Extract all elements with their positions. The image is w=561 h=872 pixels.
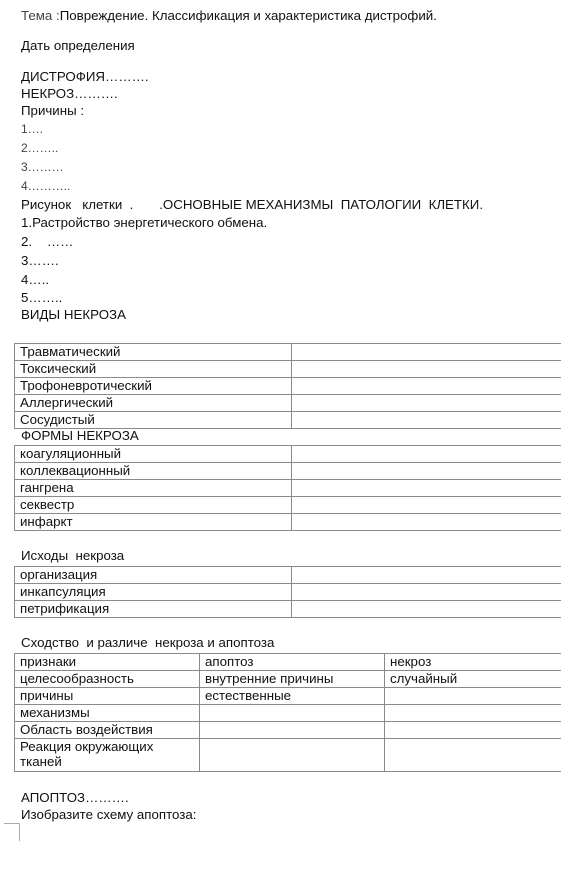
mechanism-item: 2. …… bbox=[21, 233, 73, 250]
table-cell: Область воздействия bbox=[15, 722, 200, 739]
table-row: Травматический bbox=[15, 344, 561, 361]
table-row: петрификация bbox=[15, 601, 561, 618]
mechanism-item: 5…….. bbox=[21, 289, 62, 306]
table-cell: секвестр bbox=[15, 497, 292, 514]
apoptosis-task: Изобразите схему апоптоза: bbox=[21, 806, 196, 823]
table-header-row: признаки апоптоз некроз bbox=[15, 654, 561, 671]
mechanisms-line: Рисунок клетки . .ОСНОВНЫЕ МЕХАНИЗМЫ ПАТ… bbox=[21, 196, 483, 213]
column-header: признаки bbox=[15, 654, 200, 671]
table-row: Трофоневротический bbox=[15, 378, 561, 395]
cause-item: 1…. bbox=[21, 121, 43, 138]
table-cell: Аллергический bbox=[15, 395, 292, 412]
answer-cell[interactable] bbox=[292, 446, 561, 463]
table-cell[interactable] bbox=[200, 722, 385, 739]
necrosis-outcomes-table: организация инкапсуляция петрификация bbox=[14, 566, 561, 618]
apoptosis-definition: АПОПТОЗ………. bbox=[21, 789, 129, 806]
table-cell: Травматический bbox=[15, 344, 292, 361]
table-cell[interactable] bbox=[385, 722, 561, 739]
table-row: коагуляционный bbox=[15, 446, 561, 463]
table-row: механизмы bbox=[15, 705, 561, 722]
table-cell[interactable] bbox=[200, 739, 385, 772]
table-row: инкапсуляция bbox=[15, 584, 561, 601]
mechanism-item: 1.Растройство энергетического обмена. bbox=[21, 214, 267, 231]
table-cell: причины bbox=[15, 688, 200, 705]
table-cell: Токсический bbox=[15, 361, 292, 378]
topic-label: Тема : bbox=[21, 8, 60, 23]
comparison-table: признаки апоптоз некроз целесообразность… bbox=[14, 653, 561, 772]
cause-item: 4……….. bbox=[21, 178, 70, 195]
table-row: секвестр bbox=[15, 497, 561, 514]
necrosis-definition: НЕКРОЗ………. bbox=[21, 85, 118, 102]
definitions-heading: Дать определения bbox=[21, 37, 135, 54]
table-row: причины естественные bbox=[15, 688, 561, 705]
answer-cell[interactable] bbox=[292, 497, 561, 514]
table-row: коллеквационный bbox=[15, 463, 561, 480]
answer-cell[interactable] bbox=[291, 584, 561, 601]
topic-title: Повреждение. Классификация и характерист… bbox=[60, 8, 437, 23]
table-row: инфаркт bbox=[15, 514, 561, 531]
text-boundary-mark bbox=[4, 823, 20, 841]
necrosis-types-heading: ВИДЫ НЕКРОЗА bbox=[21, 306, 126, 323]
table-cell[interactable] bbox=[385, 705, 561, 722]
cause-item: 2…….. bbox=[21, 140, 58, 157]
answer-cell[interactable] bbox=[292, 361, 561, 378]
table-row: Сосудистый bbox=[15, 412, 561, 429]
answer-cell[interactable] bbox=[292, 395, 561, 412]
table-cell[interactable] bbox=[385, 739, 561, 772]
causes-label: Причины : bbox=[21, 102, 84, 119]
mechanism-item: 3……. bbox=[21, 252, 59, 269]
necrosis-types-table: Травматический Токсический Трофоневротич… bbox=[14, 343, 561, 429]
table-row: Область воздействия bbox=[15, 722, 561, 739]
dystrophy-definition: ДИСТРОФИЯ………. bbox=[21, 68, 149, 85]
table-cell: гангрена bbox=[15, 480, 292, 497]
table-cell: коагуляционный bbox=[15, 446, 292, 463]
comparison-heading: Сходство и различе некроза и апоптоза bbox=[21, 634, 274, 651]
answer-cell[interactable] bbox=[292, 344, 561, 361]
table-row: организация bbox=[15, 567, 561, 584]
necrosis-forms-heading: ФОРМЫ НЕКРОЗА bbox=[21, 427, 139, 444]
table-cell: Сосудистый bbox=[15, 412, 292, 429]
table-row: Реакция окружающих тканей bbox=[15, 739, 561, 772]
table-cell: целесообразность bbox=[15, 671, 200, 688]
topic-line: Тема :Повреждение. Классификация и харак… bbox=[21, 7, 437, 24]
table-row: целесообразность внутренние причины случ… bbox=[15, 671, 561, 688]
answer-cell[interactable] bbox=[292, 463, 561, 480]
table-cell: петрификация bbox=[15, 601, 292, 618]
table-cell: механизмы bbox=[15, 705, 200, 722]
cause-item: 3……… bbox=[21, 159, 64, 176]
column-header: некроз bbox=[385, 654, 561, 671]
mechanism-item: 4….. bbox=[21, 271, 49, 288]
table-row: Аллергический bbox=[15, 395, 561, 412]
answer-cell[interactable] bbox=[292, 480, 561, 497]
table-cell: организация bbox=[15, 567, 292, 584]
table-row: гангрена bbox=[15, 480, 561, 497]
table-cell[interactable]: внутренние причины bbox=[200, 671, 385, 688]
answer-cell[interactable] bbox=[292, 514, 561, 531]
answer-cell[interactable] bbox=[292, 412, 561, 429]
table-cell: Реакция окружающих тканей bbox=[15, 739, 200, 772]
table-cell[interactable] bbox=[385, 688, 561, 705]
necrosis-outcomes-heading: Исходы некроза bbox=[21, 547, 124, 564]
table-cell: коллеквационный bbox=[15, 463, 292, 480]
table-cell: инфаркт bbox=[15, 514, 292, 531]
table-cell: Трофоневротический bbox=[15, 378, 292, 395]
table-cell[interactable]: случайный bbox=[385, 671, 561, 688]
answer-cell[interactable] bbox=[292, 378, 561, 395]
table-row: Токсический bbox=[15, 361, 561, 378]
table-cell[interactable] bbox=[200, 705, 385, 722]
answer-cell[interactable] bbox=[291, 567, 561, 584]
column-header: апоптоз bbox=[200, 654, 385, 671]
table-cell[interactable]: естественные bbox=[200, 688, 385, 705]
necrosis-forms-table: коагуляционный коллеквационный гангрена … bbox=[14, 445, 561, 531]
answer-cell[interactable] bbox=[291, 601, 561, 618]
table-cell: инкапсуляция bbox=[15, 584, 292, 601]
